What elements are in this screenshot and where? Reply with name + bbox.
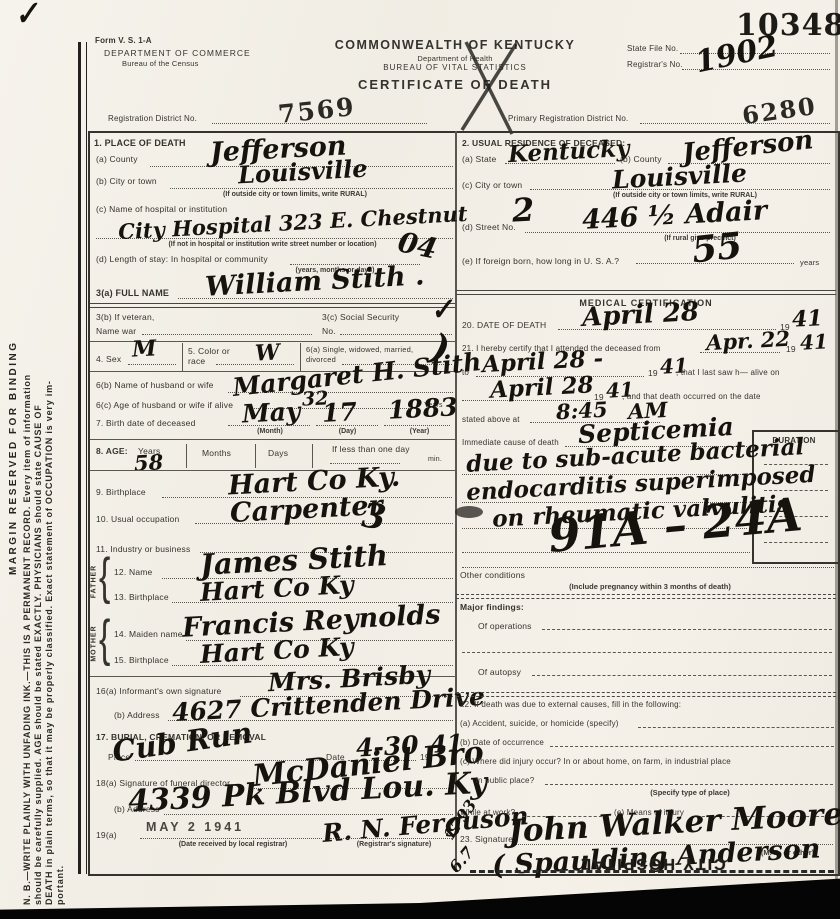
autopsy-label: Of autopsy (478, 667, 521, 677)
pod-city-note: (If outside city or town limits, write R… (175, 191, 415, 198)
birthplace-label: 9. Birthplace (96, 487, 146, 497)
external-a-line (638, 727, 834, 728)
occupation-pen-mark: 3 (360, 499, 388, 536)
external-causes-label: 22. If death was due to external causes,… (460, 700, 681, 709)
war-label: Name war (96, 326, 136, 336)
cause-line-6 (462, 567, 834, 568)
binding-border (78, 42, 87, 874)
dod-label: 20. DATE OF DEATH (462, 320, 546, 330)
stated-above-label: stated above at (462, 415, 520, 424)
birth-month-note: (Month) (240, 428, 300, 435)
form-number: Form V. S. 1-A (95, 36, 152, 45)
birthdate-label: 7. Birth date of deceased (96, 418, 196, 428)
birth-year-line (384, 425, 450, 426)
age-label: 8. AGE: (96, 446, 128, 456)
registrar-sig-line (330, 838, 452, 839)
major-findings-label: Major findings: (460, 602, 524, 612)
age-div-1 (186, 444, 187, 468)
birth-year-note: (Year) (392, 428, 447, 435)
father-bp-value: Hart Co Ky (199, 572, 354, 605)
registrar-row-num: 19(a) (96, 830, 117, 840)
received-date-note: (Date received by local registrar) (138, 841, 328, 848)
external-c2-label: in public place? (476, 776, 534, 785)
father-name-label: 12. Name (114, 567, 152, 577)
ssn-label: 3(c) Social Security (322, 312, 399, 322)
external-divider (456, 692, 836, 697)
physician-sig-label: 23. Signature (460, 834, 513, 844)
registrar-sig-note: (Registrar's signature) (334, 841, 454, 848)
marital-label: 6(a) Single, widowed, married, (306, 345, 413, 354)
age-min-label: min. (428, 456, 442, 463)
age-months-label: Months (202, 448, 231, 458)
race-value: W (254, 341, 280, 364)
pod-stay-value: 04 (396, 228, 440, 263)
res-street-label: (d) Street No. (462, 222, 516, 232)
sex-label: 4. Sex (96, 354, 121, 364)
fullname-divider (90, 303, 455, 308)
sex-race-divider (182, 343, 183, 371)
mother-bp-value: Hart Co Ky (199, 634, 354, 667)
primary-district-label: Primary Registration District No. (508, 114, 628, 123)
dod-value: April 28 (581, 299, 699, 331)
checkmark-pen: ✓ (12, 0, 42, 32)
findings-divider (456, 594, 836, 599)
cause-line-5 (462, 552, 750, 553)
external-c-line (545, 784, 833, 785)
age-days-label: Days (268, 448, 288, 458)
pod-hospital-label: (c) Name of hospital or institution (96, 204, 227, 214)
pod-city-value: Louisville (237, 157, 368, 188)
autopsy-line (532, 675, 832, 676)
res-city-label: (c) City or town (462, 180, 522, 190)
birth-day-value: 17 (321, 399, 357, 426)
external-b-label: (b) Date of occurrence (460, 738, 544, 747)
res-foreign-suffix: years (800, 258, 819, 267)
res-foreign-value: 55 (690, 227, 744, 268)
father-bp-label: 13. Birthplace (114, 592, 169, 602)
father-brace: { (99, 552, 110, 603)
father-vertical-label: FATHER (91, 560, 98, 604)
certify-from-date: Apr. 22 (706, 328, 791, 353)
mother-bp-label: 15. Birthplace (114, 655, 169, 665)
ink-smudge (455, 506, 483, 518)
margin-note-line4: portant. (55, 25, 65, 905)
sex-line (128, 364, 176, 365)
certify-to-yr-prefix: 19 (648, 368, 658, 378)
primary-district-line (640, 123, 830, 124)
other-conditions-label: Other conditions (460, 570, 525, 580)
birth-month-value: May (241, 398, 301, 426)
operations-label: Of operations (478, 621, 532, 631)
certify-from-yr-prefix: 19 (786, 344, 796, 354)
occupation-label: 10. Usual occupation (96, 514, 179, 524)
operations-line (542, 629, 832, 630)
registration-district-label: Registration District No. (108, 114, 197, 123)
res-state-label: (a) State (462, 154, 496, 164)
res-foreign-label: (e) If foreign born, how long in U. S. A… (462, 256, 619, 266)
certify-line2: , that I last saw h— alive on (676, 368, 780, 377)
pod-city-label: (b) City or town (96, 176, 157, 186)
age-div-2 (255, 444, 256, 468)
certify-from-year: 41 (799, 331, 828, 352)
scan-black-wedge (0, 872, 840, 919)
pod-stay-label: (d) Length of stay: In hospital or commu… (96, 254, 268, 264)
sex-value: M (131, 337, 156, 360)
mother-name-label: 14. Maiden name (114, 629, 183, 639)
department-of-commerce: DEPARTMENT OF COMMERCE (104, 48, 251, 58)
medical-top-divider (456, 290, 836, 295)
certify-to-label: to (462, 368, 469, 377)
margin-note-line1: N. B.—WRITE PLAINLY WITH UNFADING INK.—T… (22, 25, 32, 905)
mother-vertical-label: MOTHER (91, 622, 98, 666)
registrar-no-label: Registrar's No. (627, 60, 683, 69)
primary-district-stamp: 6280 (740, 91, 818, 130)
city-hospital-stamp: CITY HOSPITAL (545, 854, 760, 872)
pod-county-label: (a) County (96, 154, 138, 164)
veteran-label: 3(b) If veteran, (96, 312, 154, 322)
res-city-note: (If outside city or town limits, write R… (560, 192, 810, 199)
received-date-stamp: MAY 2 1941 (146, 820, 244, 834)
res-street-prefix: 2 (511, 193, 535, 226)
dod-year-value: 41 (791, 307, 823, 331)
margin-note-line3: DEATH in plain terms, so that it may be … (44, 25, 54, 905)
res-street-line (525, 232, 830, 233)
ssn-checkmark: ✓ (428, 295, 455, 326)
margin-note-line2: should be carefully supplied. AGE should… (33, 25, 43, 905)
informant-addr-label: (b) Address (114, 710, 160, 720)
spouse-age-label: 6(c) Age of husband or wife if alive (96, 400, 233, 410)
spouse-label: 6(b) Name of husband or wife (96, 380, 214, 390)
place-of-death-title: 1. PLACE OF DEATH (94, 138, 186, 148)
other-conditions-note: (Include pregnancy within 3 months of de… (510, 582, 790, 591)
operations-line-2 (462, 652, 832, 653)
pod-hospital-note: (If not in hospital or institution write… (100, 241, 445, 248)
res-state-value: Kentucky (507, 137, 630, 166)
res-city-value: Louisville (611, 160, 747, 192)
cause-label: Immediate cause of death (462, 438, 559, 447)
registrar-no-value: 1902 (693, 32, 781, 79)
birth-year-value: 1883 (387, 394, 458, 423)
external-a-label: (a) Accident, suicide, or homicide (spec… (460, 719, 619, 728)
margin-binding-label: MARGIN RESERVED FOR BINDING (8, 25, 19, 575)
mother-brace: { (99, 614, 110, 665)
ssn-no-label: No. (322, 326, 336, 336)
bureau-of-census: Bureau of the Census (122, 59, 199, 68)
external-c-note: (Specify type of place) (590, 788, 790, 797)
x-strikethrough-mark (452, 34, 532, 139)
external-c-label: (c) Where did injury occur? In or about … (460, 757, 731, 766)
age-less-label: If less than one day (332, 444, 410, 454)
state-file-label: State File No. (627, 44, 678, 53)
age-div-3 (312, 444, 313, 468)
fullname-label: 3(a) FULL NAME (96, 288, 169, 298)
informant-label: 16(a) Informant's own signature (96, 686, 221, 696)
external-b-line (550, 746, 834, 747)
war-line (142, 334, 312, 335)
birth-day-note: (Day) (320, 428, 375, 435)
received-date-line (140, 838, 322, 839)
death-certificate-page: MARGIN RESERVED FOR BINDING N. B.—WRITE … (0, 0, 840, 919)
pod-city-line (170, 188, 453, 189)
row-divider-3 (90, 439, 455, 440)
